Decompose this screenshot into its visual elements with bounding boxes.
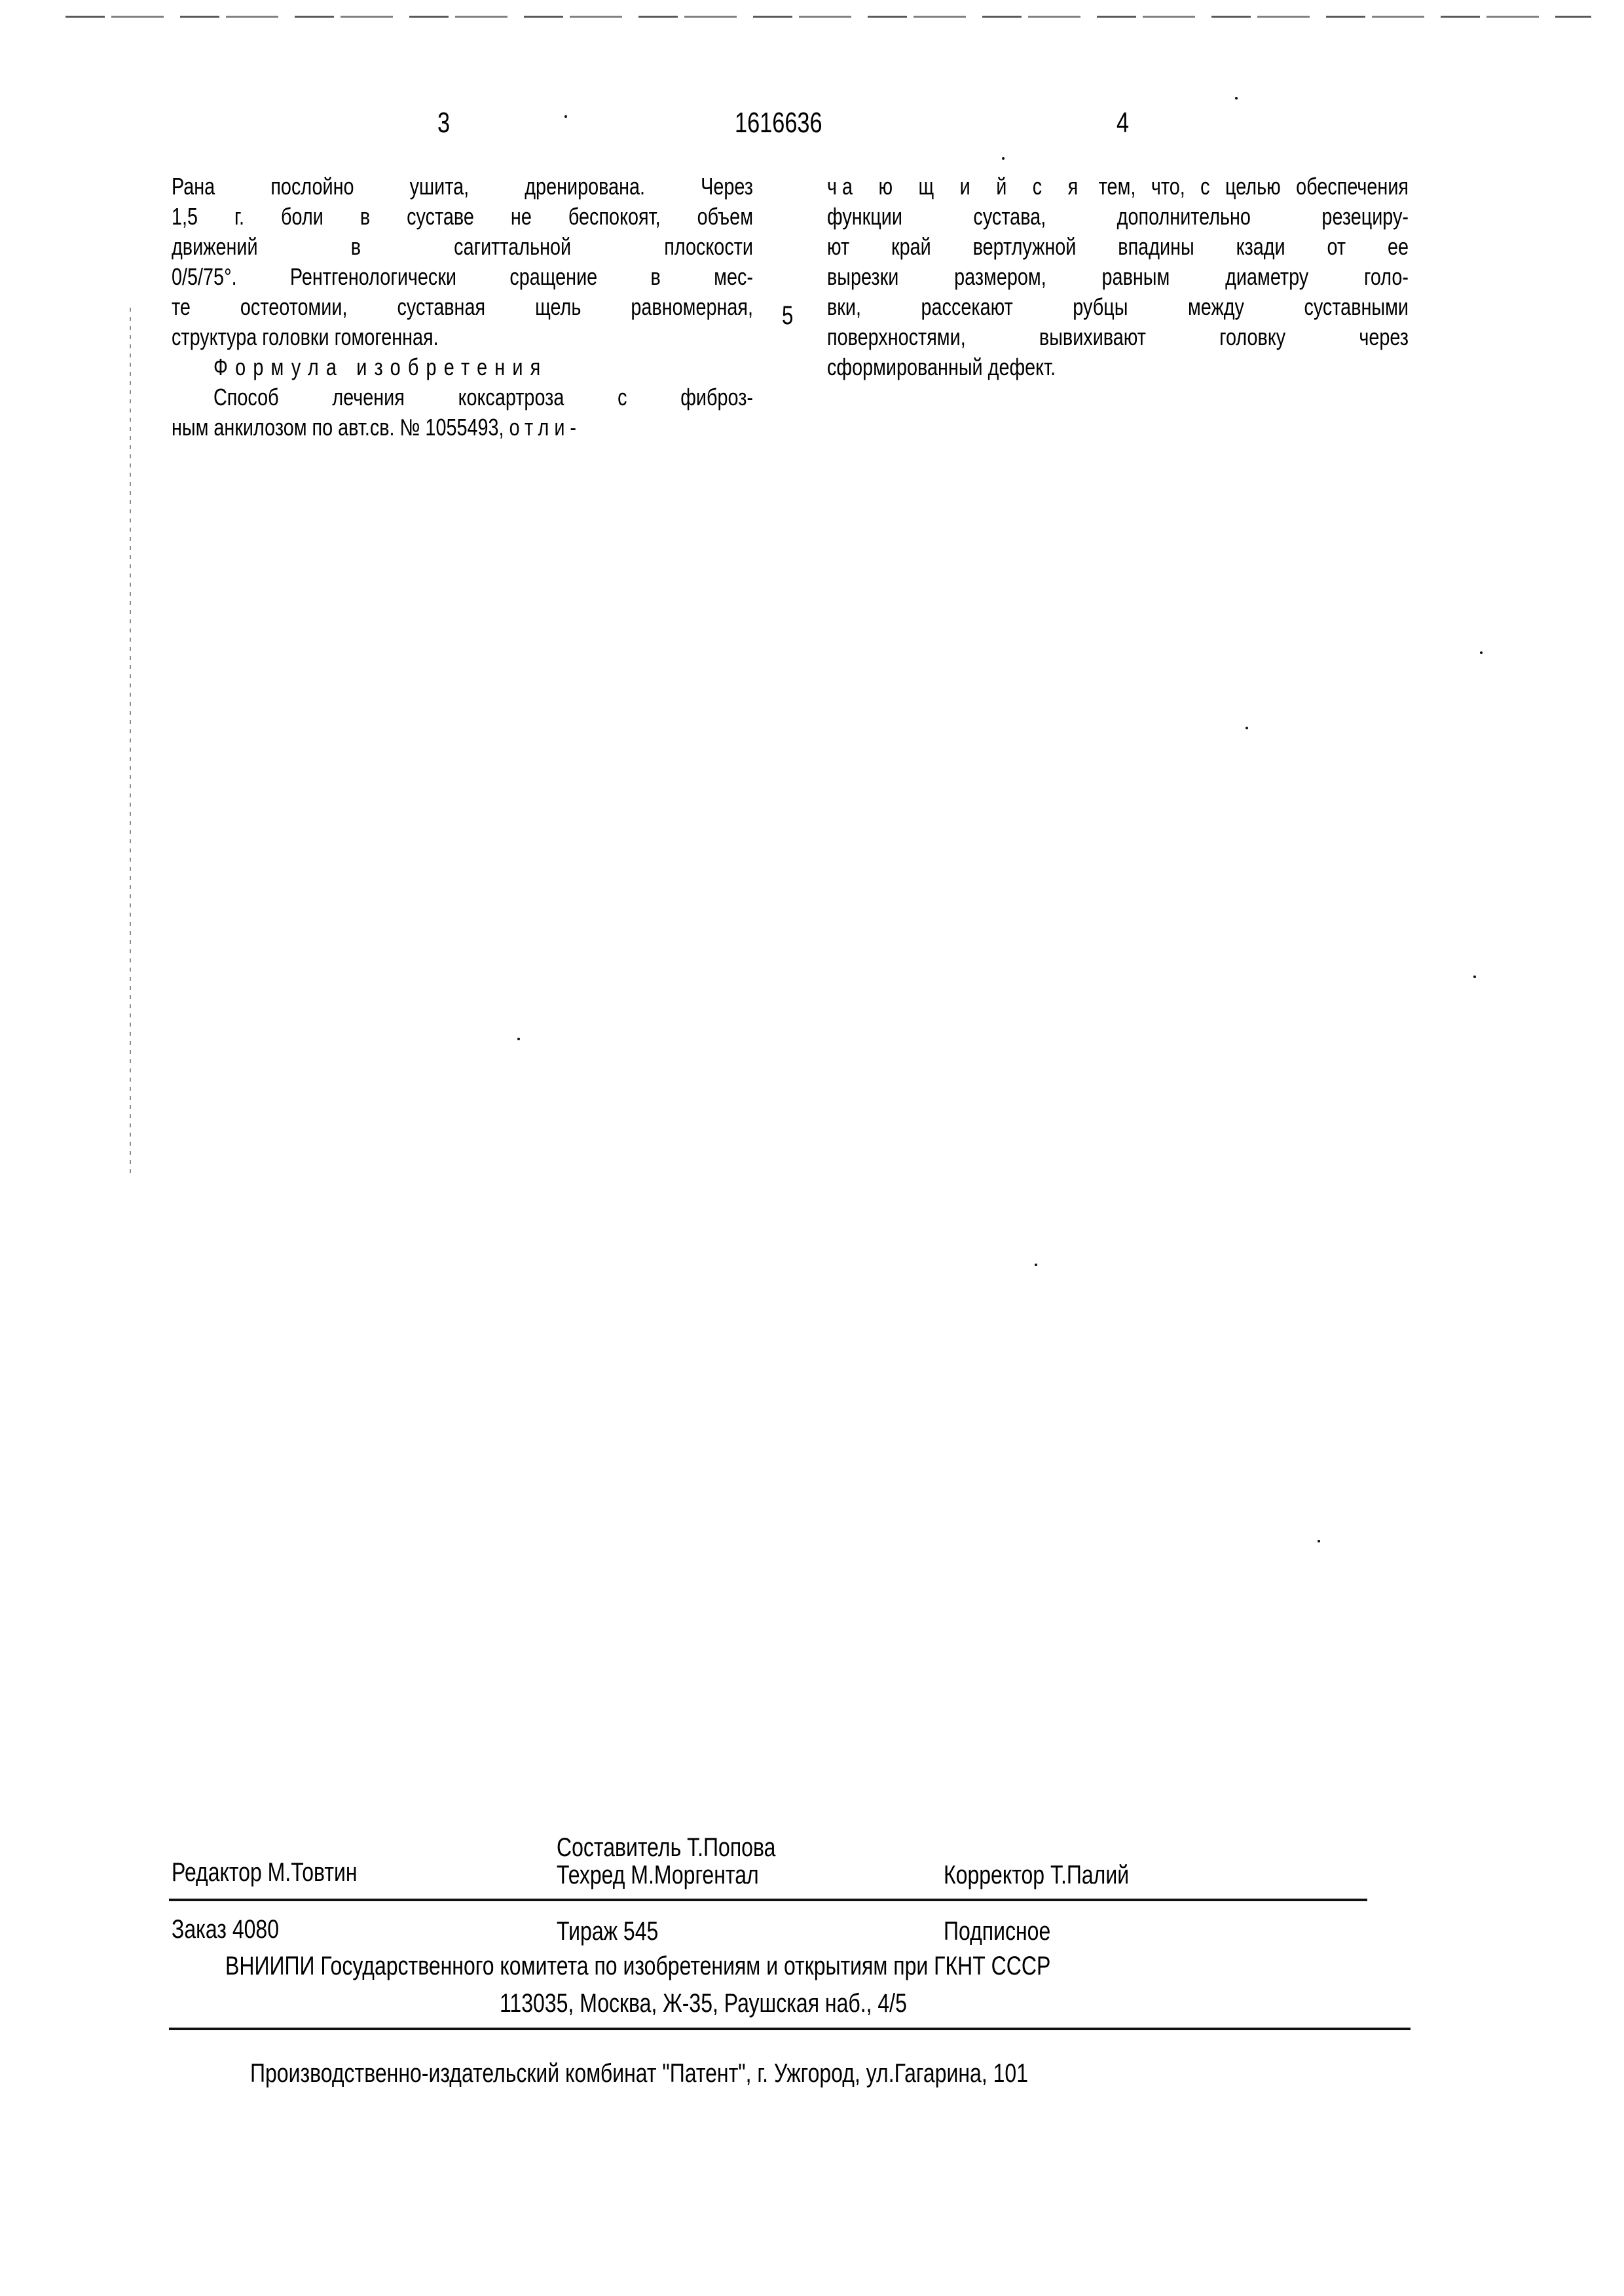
right-column: ча ю щ и й с я тем, что, с целью обеспеч… [827, 172, 1409, 382]
subscription-note: Подписное [944, 1918, 1050, 1944]
body-line: 1,5 г. боли в суставе не беспокоят, объе… [172, 202, 753, 232]
scan-speck [1235, 97, 1238, 100]
body-line: движений в сагиттальной плоскости [172, 232, 753, 262]
margin-line-number: 5 [782, 302, 793, 329]
claim-line: Способ лечения коксартроза с фиброз- [172, 382, 753, 412]
claim-line: вырезки размером, равным диаметру голо- [827, 262, 1409, 292]
scan-edge-artifact [65, 16, 1591, 18]
claim-line: сформированный дефект. [827, 352, 1409, 382]
printer-imprint: Производственно-издательский комбинат "П… [250, 2060, 1028, 2086]
compiler-credit: Составитель Т.Попова [557, 1834, 775, 1861]
claim-line: ют край вертлужной впадины кзади от ее [827, 232, 1409, 262]
left-column: Рана послойно ушита, дренирована. Через … [172, 172, 753, 443]
scan-margin-artifact [130, 308, 131, 1178]
scan-speck [1246, 727, 1248, 729]
scan-speck [564, 115, 567, 118]
proofreader-credit: Корректор Т.Палий [944, 1862, 1129, 1888]
claim-spaced-text: ча ю щ и й с я [827, 173, 1083, 200]
claim-text: ным анкилозом по авт.св. № 1055493, [172, 414, 504, 441]
claims-heading: Формула изобретения [172, 352, 753, 382]
page-number-right: 4 [1116, 109, 1129, 137]
editor-credit: Редактор М.Товтин [172, 1859, 358, 1886]
tech-editor-credit: Техред М.Моргентал [557, 1862, 759, 1888]
claim-spaced-text: отли- [509, 414, 581, 441]
institute-name: ВНИИПИ Государственного комитета по изоб… [225, 1953, 1050, 1979]
circulation: Тираж 545 [557, 1918, 658, 1944]
patent-page: 3 1616636 4 Рана послойно ушита, дрениро… [0, 0, 1624, 2296]
divider-rule [169, 1899, 1367, 1901]
body-line: те остеотомии, суставная щель равномерна… [172, 292, 753, 322]
order-number: Заказ 4080 [172, 1916, 279, 1942]
claim-text: тем, что, с целью обеспечения [1099, 173, 1409, 200]
institute-address: 113035, Москва, Ж-35, Раушская наб., 4/5 [500, 1990, 907, 2016]
scan-speck [517, 1038, 520, 1040]
scan-speck [1480, 651, 1483, 654]
claim-line: функции сустава, дополнительно резециру- [827, 202, 1409, 232]
divider-rule [169, 2028, 1411, 2030]
page-number-left: 3 [437, 109, 450, 137]
claim-line: вки, рассекают рубцы между суставными [827, 292, 1409, 322]
body-line: Рана послойно ушита, дренирована. Через [172, 172, 753, 202]
claim-line: ным анкилозом по авт.св. № 1055493, отли… [172, 412, 753, 443]
scan-speck [1318, 1540, 1320, 1542]
body-line: структура головки гомогенная. [172, 322, 753, 352]
body-line: 0/5/75°. Рентгенологически сращение в ме… [172, 262, 753, 292]
claim-line: поверхностями, вывихивают головку через [827, 322, 1409, 352]
patent-number: 1616636 [735, 109, 822, 137]
claim-line: ча ю щ и й с я тем, что, с целью обеспеч… [827, 172, 1409, 202]
scan-speck [1035, 1264, 1037, 1266]
scan-speck [1002, 157, 1005, 160]
scan-speck [1473, 975, 1476, 978]
